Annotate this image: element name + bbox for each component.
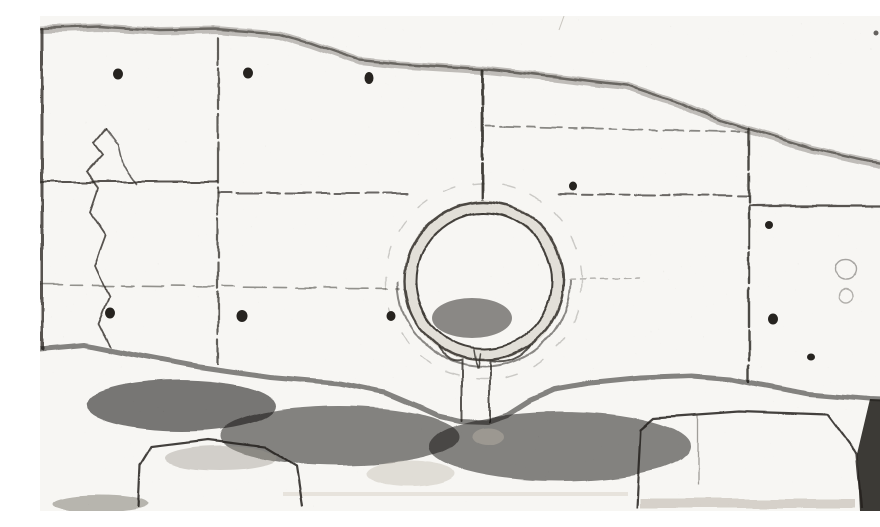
apron-highlight-line (283, 492, 628, 496)
tie-hole (765, 221, 773, 229)
paper-fleck (874, 31, 879, 36)
apron-edge (280, 492, 632, 511)
tie-hole (105, 308, 115, 319)
stream-splash (472, 427, 504, 445)
etching-scene (40, 16, 880, 511)
right-boulder (637, 412, 862, 508)
tie-hole (365, 72, 374, 84)
tie-hole (243, 68, 253, 79)
tie-hole (237, 310, 248, 322)
tie-hole (807, 354, 815, 361)
tie-hole (569, 182, 577, 191)
left-boulder-shading (165, 446, 275, 470)
right-boulder-base-light (640, 499, 855, 508)
apron-strip (280, 495, 632, 511)
etching-print: Etching of a concrete wall with circular… (40, 16, 880, 511)
tie-hole (768, 314, 778, 325)
tie-hole (387, 311, 396, 321)
pipe-inner-sheen (432, 298, 512, 338)
ground-light-patch (365, 461, 455, 487)
tie-hole (113, 69, 123, 80)
